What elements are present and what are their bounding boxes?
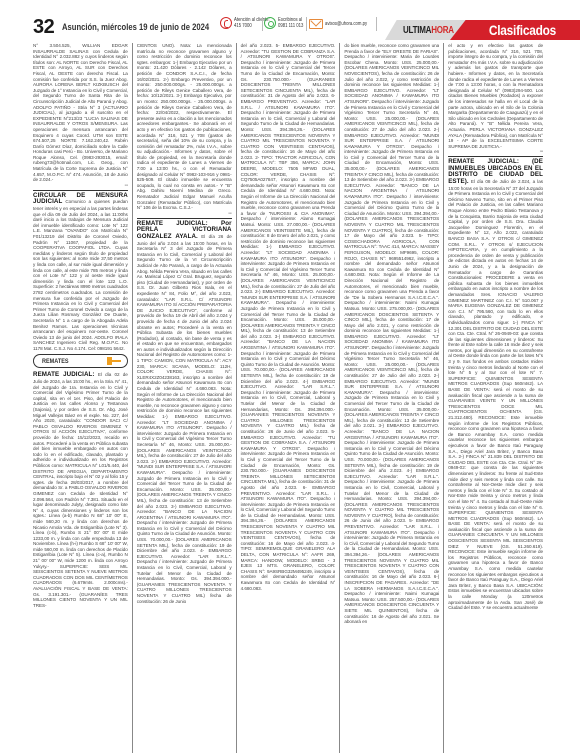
brand-logo: ULTIMAHORA <box>403 25 454 36</box>
whatsapp-icon <box>264 17 276 29</box>
notice-text: N° 3.504.525, WILLIAN EDGAR INSAURRALDE … <box>33 43 128 183</box>
divider <box>448 156 543 157</box>
divider <box>376 17 377 31</box>
notice-text: El día 08 de Julio de 2.024, a las 15:00… <box>448 179 543 610</box>
phone-icon <box>220 17 232 29</box>
divider <box>306 17 307 31</box>
classifieds-columns: N° 3.504.525, WILLIAN EDGAR INSAURRALDE … <box>33 43 543 753</box>
brand-ultima: ULTIMA <box>403 25 431 36</box>
mail-icon <box>309 19 323 29</box>
notice-text: El día 02 de Julio de 2024, a las 15:00 … <box>33 372 128 607</box>
column-2: CIENTOS UNO). Nota: La mencionada matríc… <box>132 43 232 753</box>
notice-heading: REMATE JUDICIAL: <box>33 371 95 378</box>
notice-text: El día 26 de Junio del año 2.024 a las 1… <box>137 234 232 604</box>
divider <box>33 190 128 191</box>
notice-text: Comunico a quienes puedan tener interés … <box>33 199 128 350</box>
notice-text: do bien mueble, reconoce como gravamen u… <box>344 43 439 625</box>
page-header: 32 Asunción, miércoles 19 de junio de 20… <box>0 0 580 40</box>
remates-section-badge: REMATES <box>33 354 128 368</box>
email-address[interactable]: avisos@uhora.com.py <box>325 21 367 27</box>
notice-text: CIENTOS UNO). Nota: La mencionada matríc… <box>137 43 232 211</box>
contact-value: 0981 111 013 <box>278 23 303 29</box>
section-title-banner: Clasificados <box>450 20 580 40</box>
page-date: Asunción, miércoles 19 de junio de 2024 <box>62 22 209 32</box>
divider <box>137 218 232 219</box>
gavel-icon <box>107 356 121 366</box>
column-4: do bien mueble, reconoce como gravamen u… <box>339 43 439 753</box>
ad-code: ▪▪▪ <box>33 183 128 187</box>
brand-hora: HORA <box>431 25 454 36</box>
divider <box>262 17 263 31</box>
notice-text: del año 2.023. 5- EMBARGO EJECUTIVO. Acr… <box>241 43 336 591</box>
ad-code: ▪▪▪ <box>137 211 232 215</box>
email-contact[interactable]: avisos@uhora.com.py <box>309 19 375 29</box>
page-number: 32 <box>33 17 54 37</box>
ad-code: ▪▪▪ <box>448 149 543 153</box>
column-1: N° 3.504.525, WILLIAN EDGAR INSAURRALDE … <box>33 43 128 753</box>
notice-text: el acto y en efectivo los gastos de publ… <box>448 43 543 149</box>
section-title: Clasificados <box>488 22 555 38</box>
whatsapp-contact: Escribinos al 0981 111 013 <box>264 17 308 29</box>
section-badge-label: REMATES <box>42 358 69 365</box>
column-3: del año 2.023. 5- EMBARGO EJECUTIVO. Acr… <box>236 43 336 753</box>
column-5: el acto y en efectivo los gastos de publ… <box>443 43 543 753</box>
